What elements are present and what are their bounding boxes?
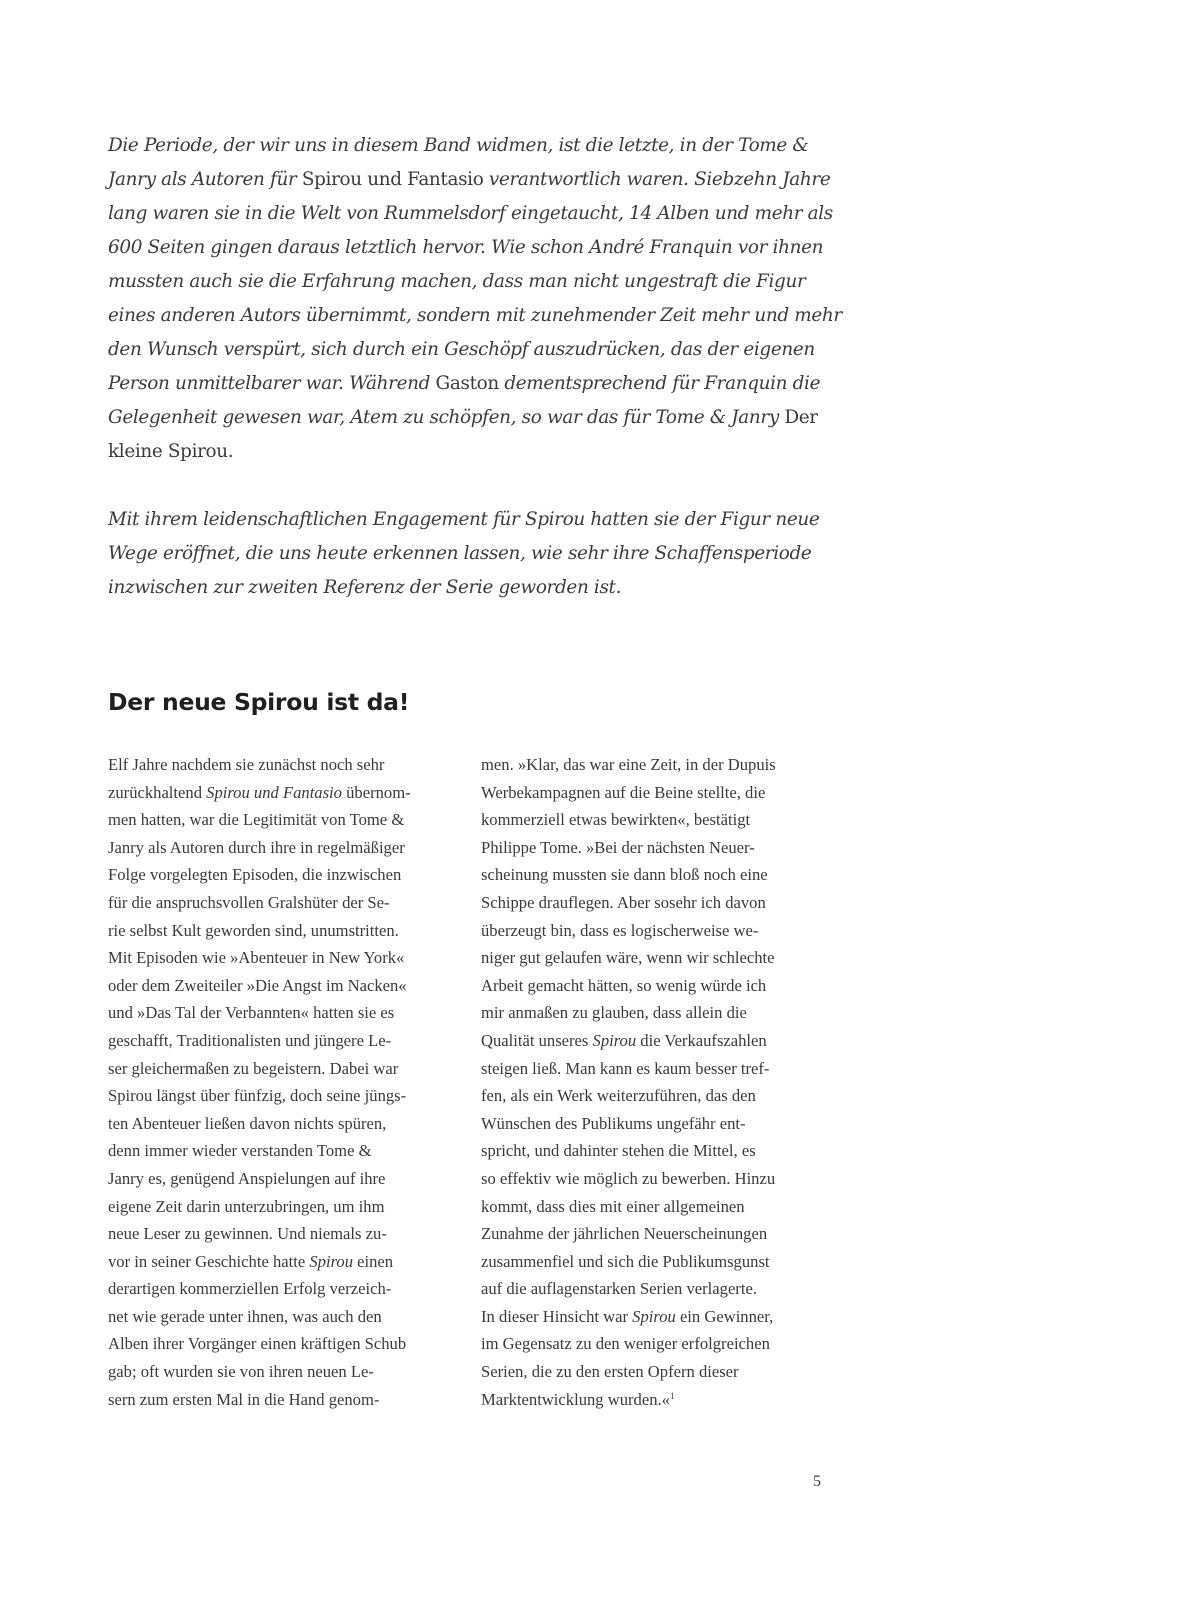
text-line: und »Das Tal der Verbannten« hatten sie … [108, 999, 453, 1027]
text-line: Spirou längst über fünfzig, doch seine j… [108, 1082, 453, 1110]
text-line: Qualität unseres Spirou die Verkaufszahl… [481, 1027, 826, 1055]
text-line: Gelegenheit gewesen war, Atem zu schöpfe… [108, 401, 848, 435]
text-line: eines anderen Autors übernimmt, sondern … [108, 299, 848, 333]
text-line: men. »Klar, das war eine Zeit, in der Du… [481, 751, 826, 779]
book-page: Die Periode, der wir uns in diesem Band … [0, 0, 1193, 1600]
body-column-left: Elf Jahre nachdem sie zunächst noch sehr… [108, 751, 453, 1413]
text-line: Person unmittelbarer war. Während Gaston… [108, 367, 848, 401]
text-line: den Wunsch verspürt, sich durch ein Gesc… [108, 333, 848, 367]
text-line: sern zum ersten Mal in die Hand genom- [108, 1386, 453, 1414]
text-line: geschafft, Traditionalisten und jüngere … [108, 1027, 453, 1055]
text-line: gab; oft wurden sie von ihren neuen Le- [108, 1358, 453, 1386]
text-line: Elf Jahre nachdem sie zunächst noch sehr [108, 751, 453, 779]
text-line: ser gleichermaßen zu begeistern. Dabei w… [108, 1055, 453, 1083]
text-line: Wünschen des Publikums ungefähr ent- [481, 1110, 826, 1138]
text-line: überzeugt bin, dass es logischerweise we… [481, 917, 826, 945]
text-line: scheinung mussten sie dann bloß noch ein… [481, 861, 826, 889]
footnote-marker[interactable]: 1 [670, 1391, 675, 1401]
text-line: vor in seiner Geschichte hatte Spirou ei… [108, 1248, 453, 1276]
text-line: kommerziell etwas bewirkten«, bestätigt [481, 806, 826, 834]
text-line: so effektiv wie möglich zu bewerben. Hin… [481, 1165, 826, 1193]
text-line: oder dem Zweiteiler »Die Angst im Nacken… [108, 972, 453, 1000]
text-line: kommt, dass dies mit einer allgemeinen [481, 1193, 826, 1221]
text-line: fen, als ein Werk weiterzuführen, das de… [481, 1082, 826, 1110]
text-line: Folge vorgelegten Episoden, die inzwisch… [108, 861, 453, 889]
text-line: spricht, und dahinter stehen die Mittel,… [481, 1137, 826, 1165]
text-line: Werbekampagnen auf die Beine stellte, di… [481, 779, 826, 807]
text-line: mir anmaßen zu glauben, dass allein die [481, 999, 826, 1027]
text-line: derartigen kommerziellen Erfolg verzeich… [108, 1275, 453, 1303]
text-line: auf die auflagenstarken Serien verlagert… [481, 1275, 826, 1303]
text-line: Wege eröffnet, die uns heute erkennen la… [108, 537, 848, 571]
text-line: rie selbst Kult geworden sind, unumstrit… [108, 917, 453, 945]
text-line: kleine Spirou. [108, 435, 848, 469]
text-line: zusammenfiel und sich die Publikumsgunst [481, 1248, 826, 1276]
text-line: Schippe drauflegen. Aber sosehr ich davo… [481, 889, 826, 917]
text-line: Mit ihrem leidenschaftlichen Engagement … [108, 503, 848, 537]
text-line: Janry es, genügend Anspielungen auf ihre [108, 1165, 453, 1193]
text-line: ten Abenteuer ließen davon nichts spüren… [108, 1110, 453, 1138]
text-line: inzwischen zur zweiten Referenz der Seri… [108, 571, 848, 605]
text-line: steigen ließ. Man kann es kaum besser tr… [481, 1055, 826, 1083]
text-line: lang waren sie in die Welt von Rummelsdo… [108, 197, 848, 231]
text-line: im Gegensatz zu den weniger erfolgreiche… [481, 1330, 826, 1358]
text-line: neue Leser zu gewinnen. Und niemals zu- [108, 1220, 453, 1248]
text-line: Philippe Tome. »Bei der nächsten Neuer- [481, 834, 826, 862]
text-line: Janry als Autoren durch ihre in regelmäß… [108, 834, 453, 862]
page-number: 5 [813, 1473, 821, 1491]
text-line: Arbeit gemacht hätten, so wenig würde ic… [481, 972, 826, 1000]
text-line: denn immer wieder verstanden Tome & [108, 1137, 453, 1165]
text-line: Janry als Autoren für Spirou und Fantasi… [108, 163, 848, 197]
text-line: men hatten, war die Legitimität von Tome… [108, 806, 453, 834]
text-line: Marktentwicklung wurden.«1 [481, 1386, 826, 1414]
section-heading: Der neue Spirou ist da! [108, 688, 409, 716]
text-line: niger gut gelaufen wäre, wenn wir schlec… [481, 944, 826, 972]
text-line: Mit Episoden wie »Abenteuer in New York« [108, 944, 453, 972]
text-line: eigene Zeit darin unterzubringen, um ihm [108, 1193, 453, 1221]
intro-text: Die Periode, der wir uns in diesem Band … [108, 129, 848, 605]
text-line: In dieser Hinsicht war Spirou ein Gewinn… [481, 1303, 826, 1331]
text-line: 600 Seiten gingen daraus letztlich hervo… [108, 231, 848, 265]
text-line: Zunahme der jährlichen Neuerscheinungen [481, 1220, 826, 1248]
intro-paragraph-2: Mit ihrem leidenschaftlichen Engagement … [108, 503, 848, 605]
text-line: zurückhaltend Spirou und Fantasio überno… [108, 779, 453, 807]
text-line: Serien, die zu den ersten Opfern dieser [481, 1358, 826, 1386]
text-line: mussten auch sie die Erfahrung machen, d… [108, 265, 848, 299]
text-line: für die anspruchsvollen Gralshüter der S… [108, 889, 453, 917]
text-line: Alben ihrer Vorgänger einen kräftigen Sc… [108, 1330, 453, 1358]
body-column-right: men. »Klar, das war eine Zeit, in der Du… [481, 751, 826, 1413]
text-line: Die Periode, der wir uns in diesem Band … [108, 129, 848, 163]
text-line: net wie gerade unter ihnen, was auch den [108, 1303, 453, 1331]
intro-paragraph-1: Die Periode, der wir uns in diesem Band … [108, 129, 848, 469]
